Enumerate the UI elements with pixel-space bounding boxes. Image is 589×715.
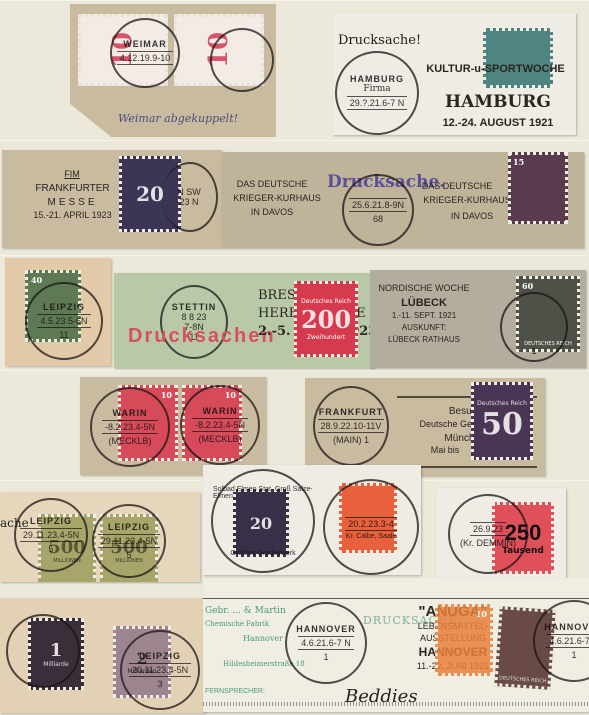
- postmark-berlin: N SW 23 N: [162, 162, 218, 232]
- slogan-messe: MESSE: [20, 197, 125, 208]
- slogan-deutsche: DAS DEUTSCHE: [227, 180, 317, 190]
- postmark-hannover-1: HANNOVER 4.6.21.6-7 N 1: [285, 602, 367, 684]
- postmark-demmin: 26.9.23 (Kr. DEMMIN): [448, 494, 528, 574]
- davos-piece[interactable]: DAS DEUTSCHE KRIEGER-KURHAUS IN DAVOS Dr…: [222, 152, 584, 248]
- postmark-davos: 25.6.21.8-9N 68: [342, 174, 414, 246]
- stamp-orange-10: 10: [435, 604, 493, 676]
- slogan-kultur: KULTUR-u-SPORTWOCHE: [418, 63, 573, 75]
- leipzig-500-piece[interactable]: ache 500 MILLIONEN 500 MILLIONEN LEIPZIG…: [0, 492, 200, 582]
- postmark-leipzig-1: LEIPZIG 29.11.23.4-5N 5: [14, 498, 88, 572]
- postmark-warin-1: WARIN -8.2.23.4-5N (MECKLB): [90, 387, 170, 467]
- stamp-germania-15: 15: [508, 152, 568, 224]
- frankfurt-muenchen-piece[interactable]: FRANKFURT 28.9.22.10-11V (MAIN) 1 Besuch…: [305, 378, 545, 476]
- stamp-hamburg: [483, 28, 553, 88]
- postmark-luebeck: 1: [500, 292, 568, 362]
- warin-piece[interactable]: 10 10 WARIN -8.2.23.4-5N (MECKLB) WARIN …: [80, 377, 266, 475]
- handwritten-note: Weimar abgekuppelt!: [118, 112, 238, 125]
- postmark-leipzig-dark-1: [6, 614, 80, 688]
- letterhead-firm: Gebr. ... & Martin: [205, 606, 286, 616]
- leipzig-40-piece[interactable]: 40 LEIPZIG 4.5.23.5-6N 11: [5, 258, 111, 366]
- letterhead-fabrik: Chemische Fabrik: [205, 620, 269, 628]
- postmark-leipzig-2: LEIPZIG 29.11.23.4-5N 5: [92, 504, 166, 578]
- postmark-frankfurt: FRANKFURT 28.9.22.10-11V (MAIN) 1: [313, 386, 389, 466]
- slogan-krieger-2: KRIEGER-KURHAUS: [417, 196, 517, 206]
- slogan-frankfurter: FRANKFURTER: [20, 183, 125, 194]
- hannover-anuga-piece[interactable]: Gebr. ... & Martin Chemische Fabrik Hann…: [203, 578, 589, 712]
- drucksache-label: Drucksache!: [338, 33, 421, 48]
- slogan-auskunft: AUSKUNFT:: [374, 324, 474, 333]
- slogan-das-deutsche-2: DAS DEUTSCHE: [417, 182, 497, 192]
- luebeck-piece[interactable]: NORDISCHE WOCHE LÜBECK 1.-11. SEPT. 1921…: [370, 270, 586, 368]
- slogan-davos: IN DAVOS: [227, 208, 317, 218]
- postmark-weimar: WEIMAR 4.12.19.9-10: [110, 18, 180, 88]
- hamburg-slogan-piece[interactable]: Drucksache! HAMBURG Firma 29.?.21.6-7 N …: [333, 13, 576, 135]
- letterhead-phone: FERNSPRECHER:: [205, 688, 265, 695]
- demmin-piece[interactable]: 250 Tausend 26.9.23 (Kr. DEMMIN): [436, 488, 566, 578]
- top-rule: [203, 598, 589, 599]
- slogan-rathaus: LÜBECK RATHAUS: [374, 336, 474, 345]
- postmark-solbad-2: 20.2.23.3-4 Kr. Calbe, Saale: [323, 479, 419, 575]
- stettin-piece[interactable]: STETTIN 8 8 23 7-8N 11 Drucksachen BRESL…: [114, 273, 374, 368]
- stamp-200-mark: Deutsches Reich 200 Zweihundert: [294, 281, 358, 357]
- postmark-hamburg: HAMBURG Firma 29.?.21.6-7 N: [335, 51, 419, 135]
- slogan-fim: FIM: [52, 170, 92, 180]
- weimar-pair-piece[interactable]: 10 10 WEIMAR 4.12.19.9-10 Weimar abgekup…: [70, 4, 276, 137]
- perforation-rule: [203, 702, 589, 706]
- slogan-luebeck: LÜBECK: [374, 297, 474, 309]
- postmark-warin-2: WARIN -8.2.23.4-5N (MECKLB): [180, 385, 260, 465]
- stamp-50: Deutsches Reich 50: [471, 382, 533, 460]
- drucksachen-label: Drucksachen: [128, 325, 276, 348]
- slogan-date: 12.-24. AUGUST 1921: [423, 117, 573, 129]
- frankfurt-messe-piece[interactable]: FIM FRANKFURTER MESSE 15.-21. APRIL 1923…: [2, 150, 222, 248]
- slogan-davos-2: IN DAVOS: [432, 212, 512, 222]
- slogan-nordische: NORDISCHE WOCHE: [374, 284, 474, 294]
- letterhead-city: Hannover: [243, 634, 283, 643]
- leipzig-dark-piece[interactable]: 1 Milliarde 2 Milliarden LEIPZIG 20.11.2…: [0, 598, 205, 713]
- postmark-leipzig-dark-2: LEIPZIG 20.11.23.4-5N 3: [120, 630, 200, 710]
- slogan-hamburg: HAMBURG: [423, 93, 573, 112]
- postmark-weimar-2: [210, 28, 274, 92]
- slogan-kurhaus: KRIEGER-KURHAUS: [227, 194, 327, 204]
- postmark-leipzig: LEIPZIG 4.5.23.5-6N 11: [25, 282, 103, 360]
- slogan-date: 15.-21. APRIL 1923: [20, 211, 125, 221]
- solbad-elmen-piece[interactable]: 20 Solbad Elmen Stat. Groß Salze-Elmen G…: [203, 465, 421, 575]
- slogan-date: 1.-11. SEPT. 1921: [374, 312, 474, 321]
- postmark-solbad-1: Solbad Elmen Stat. Groß Salze-Elmen Größ…: [211, 469, 315, 573]
